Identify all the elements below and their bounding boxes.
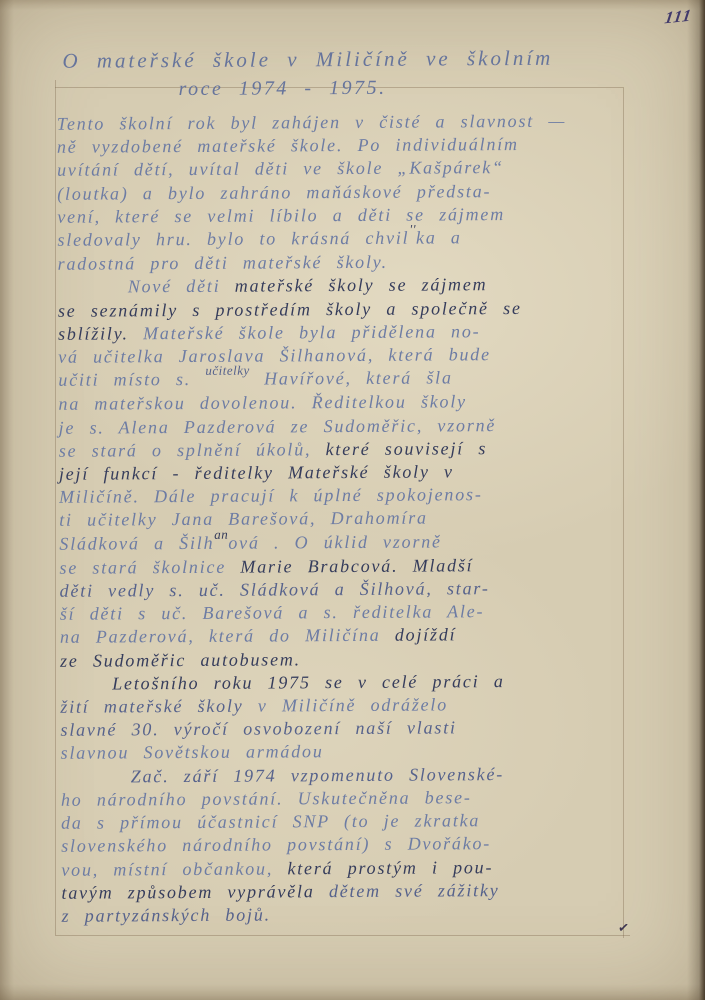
text-segment: ně vyzdobené mateřské škole. Po individu… bbox=[57, 134, 519, 157]
ruled-border-bottom bbox=[55, 935, 630, 936]
text-segment: slavné 30. výročí osvobození naší vlasti bbox=[60, 718, 456, 740]
text-segment: Letošního roku 1975 se v celé práci a bbox=[112, 671, 505, 693]
handwriting-content: O mateřské škole v Miličíně ve školním r… bbox=[56, 42, 647, 928]
page-number: 111 bbox=[664, 6, 694, 29]
text-segment: na Pazderová, která do Miličína bbox=[60, 625, 395, 647]
text-segment: sblížily. bbox=[58, 323, 129, 343]
handwritten-line: Sládková a Šilhanová . O úklid vzorně bbox=[59, 529, 645, 557]
check-mark: ✓ bbox=[617, 919, 630, 936]
text-segment: dojíždí bbox=[395, 625, 457, 645]
text-segment: žití mateřské školy bbox=[60, 696, 258, 717]
document-title-line-2: roce 1974 - 1975. bbox=[56, 72, 642, 104]
text-segment: Marie Brabcová. Mladší bbox=[240, 555, 473, 576]
inserted-correction: '' bbox=[409, 222, 416, 237]
text-segment: tavým způsobem vyprávěla bbox=[61, 881, 329, 903]
text-segment: ho národního povstání. Uskutečněna bese- bbox=[61, 787, 472, 810]
handwriting-block: Tento školní rok byl zahájen v čisté a s… bbox=[57, 109, 648, 928]
text-segment: Miličíně. Dále pracují k úplné spokojeno… bbox=[59, 484, 483, 507]
text-segment: Mateřské škole byla přidělena no- bbox=[129, 321, 481, 343]
text-segment: se stará o splnění úkolů, bbox=[59, 439, 326, 461]
text-segment: vení, které se velmi líbilo a děti se zá… bbox=[57, 204, 505, 227]
inserted-correction: učitelky bbox=[205, 363, 250, 378]
handwritten-line: z partyzánských bojů. bbox=[62, 901, 648, 928]
text-segment: mateřské školy se zájmem bbox=[235, 275, 488, 297]
document-title-line-1: O mateřské škole v Miličíně ve školním bbox=[56, 42, 642, 76]
text-segment: které souvisejí s bbox=[326, 438, 488, 459]
text-segment: děti vedly s. uč. Sládková a Šilhová, st… bbox=[60, 578, 490, 601]
handwritten-line: učiti místo s. učitelky Havířové, která … bbox=[58, 365, 644, 393]
text-segment: da s přímou účastnicí SNP (to je zkratka bbox=[61, 810, 480, 833]
text-segment: ka a bbox=[416, 227, 462, 247]
chronicle-page-scan: 111 O mateřské škole v Miličíně ve školn… bbox=[0, 0, 705, 1000]
text-segment: uvítání dětí, uvítal děti ve škole „Kašp… bbox=[57, 157, 504, 180]
text-segment: Sládková a Šilh bbox=[59, 532, 214, 553]
text-segment: ze Sudoměřic autobusem. bbox=[60, 649, 301, 670]
text-segment: její funkcí - ředitelky Mateřské školy v bbox=[59, 461, 454, 483]
text-segment: z partyzánských bojů. bbox=[62, 904, 271, 925]
text-segment: se stará školnice bbox=[59, 557, 240, 578]
text-segment: vou, místní občankou, bbox=[61, 858, 287, 879]
text-segment: na mateřskou dovolenou. Ředitelkou školy bbox=[58, 392, 467, 414]
text-segment: slavnou Sovětskou armádou bbox=[61, 742, 324, 764]
text-segment: se seznámily s prostředím školy a společ… bbox=[58, 298, 522, 321]
text-segment: Tento školní rok byl zahájen v čisté a s… bbox=[57, 111, 566, 134]
inserted-correction: an bbox=[214, 526, 228, 541]
text-segment: slovenského národního povstání) s Dvořák… bbox=[61, 833, 491, 856]
text-segment: sledovaly hru. bylo to krásná chvil bbox=[57, 228, 409, 250]
text-segment: ti učitelky Jana Barešová, Drahomíra bbox=[59, 508, 428, 530]
text-segment: vá učitelka Jaroslava Šilhanová, která b… bbox=[58, 344, 491, 367]
text-segment: radostná pro děti mateřské školy. bbox=[58, 252, 388, 274]
handwritten-line: Tento školní rok byl zahájen v čisté a s… bbox=[57, 109, 643, 136]
text-segment: Havířové, která šla bbox=[250, 368, 453, 389]
text-segment: ší děti s uč. Barešová a s. ředitelka Al… bbox=[60, 601, 485, 624]
text-segment: je s. Alena Pazderová ze Sudoměřic, vzor… bbox=[59, 415, 497, 438]
handwritten-line: sledovaly hru. bylo to krásná chvil''ka … bbox=[57, 225, 643, 253]
text-segment: v Miličíně odráželo bbox=[258, 694, 448, 715]
text-segment: která prostým i pou- bbox=[287, 857, 493, 878]
text-segment: učiti místo s. bbox=[58, 369, 205, 390]
text-segment: ová . O úklid vzorně bbox=[228, 531, 442, 552]
text-segment: (loutka) a bylo zahráno maňáskové předst… bbox=[57, 181, 491, 204]
text-segment: Zač. září 1974 vzpomenuto Slovenské- bbox=[131, 764, 504, 786]
text-segment: dětem své zážitky bbox=[329, 880, 500, 901]
ruled-border-left bbox=[55, 80, 56, 935]
text-segment: Nové děti bbox=[128, 276, 235, 297]
